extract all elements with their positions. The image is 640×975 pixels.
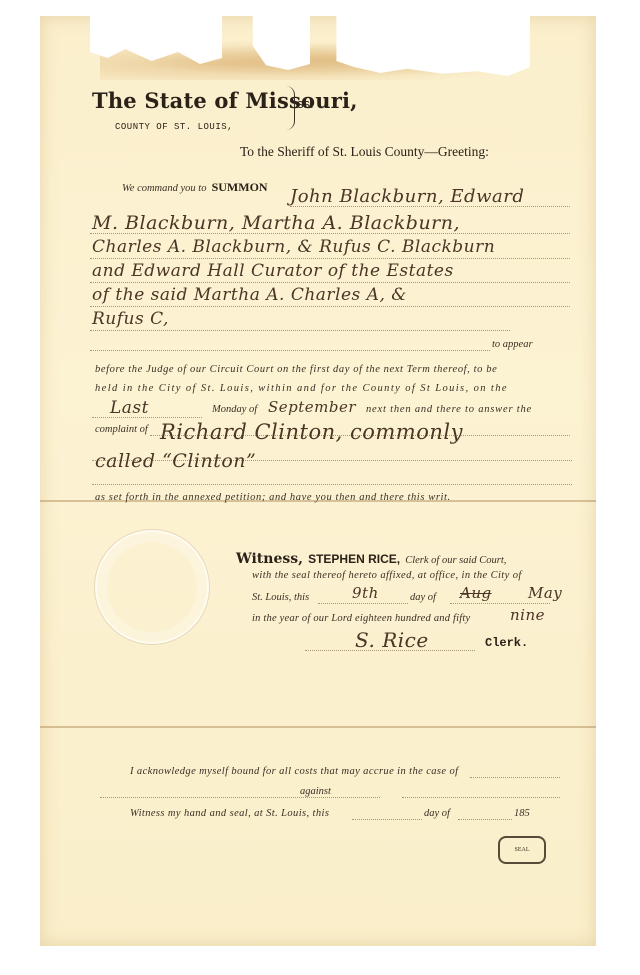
clerk-suffix: Clerk of our said Court, xyxy=(405,555,506,566)
state-title: The State of Missouri, xyxy=(92,88,358,113)
monday-suffix: next then and there to answer the xyxy=(366,404,532,415)
month-handwritten: May xyxy=(528,584,562,602)
bond-day-label: day of xyxy=(424,808,450,819)
defendant-line: Rufus C, xyxy=(92,309,169,329)
ss-label: ss. xyxy=(297,96,314,111)
witness-line-4: in the year of our Lord eighteen hundred… xyxy=(252,613,470,624)
bond-line-3-prefix: Witness my hand and seal, at St. Louis, … xyxy=(130,808,329,819)
county-label: COUNTY OF ST. LOUIS, xyxy=(115,122,233,132)
court-line-1: before the Judge of our Circuit Court on… xyxy=(95,364,497,375)
plaintiff-line: called “Clinton” xyxy=(95,450,256,472)
month-struck: Aug xyxy=(460,584,492,602)
clerk-label: Clerk. xyxy=(485,636,528,650)
dotted-line xyxy=(352,819,422,820)
summon-word: SUMMON xyxy=(212,180,268,194)
defendant-line: John Blackburn, Edward xyxy=(290,186,524,207)
command-line: We command you to SUMMON xyxy=(122,176,268,195)
dotted-line xyxy=(470,777,560,778)
defendant-line: M. Blackburn, Martha A. Blackburn, xyxy=(92,212,460,234)
dotted-line xyxy=(90,330,510,331)
dotted-line xyxy=(90,350,490,351)
dotted-line xyxy=(402,797,560,798)
witness-line: Witness, STEPHEN RICE, Clerk of our said… xyxy=(236,548,506,567)
clerk-name: STEPHEN RICE, xyxy=(308,552,400,566)
dotted-line xyxy=(92,484,572,485)
witness-line-3-prefix: St. Louis, this xyxy=(252,592,309,603)
defendant-line: Charles A. Blackburn, & Rufus C. Blackbu… xyxy=(92,237,495,257)
witness-label: Witness, xyxy=(236,551,303,567)
monday-label: Monday of xyxy=(212,404,257,415)
dotted-line xyxy=(100,797,380,798)
against-label: against xyxy=(300,786,331,797)
month-handwritten: September xyxy=(268,398,356,416)
monday-ordinal: Last xyxy=(110,398,149,418)
year-handwritten: nine xyxy=(510,606,545,624)
petition-line: as set forth in the annexed petition; an… xyxy=(95,492,451,503)
bond-line-1: I acknowledge myself bound for all costs… xyxy=(130,766,458,777)
command-prefix: We command you to xyxy=(122,183,206,194)
witness-line-2: with the seal thereof hereto affixed, at… xyxy=(252,570,522,581)
dotted-line xyxy=(318,603,408,604)
fold-line xyxy=(40,726,596,728)
defendant-line: of the said Martha A. Charles A, & xyxy=(92,285,407,305)
court-line-2: held in the City of St. Louis, within an… xyxy=(95,383,508,394)
greeting-line: To the Sheriff of St. Louis County—Greet… xyxy=(240,144,489,160)
bracket xyxy=(286,86,295,130)
defendant-line: and Edward Hall Curator of the Estates xyxy=(92,261,454,281)
dotted-line xyxy=(90,258,570,259)
bond-year: 185 xyxy=(514,808,530,819)
dotted-line xyxy=(90,306,570,307)
dotted-line xyxy=(90,282,570,283)
dotted-line xyxy=(458,819,512,820)
embossed-court-seal xyxy=(95,530,209,644)
day-handwritten: 9th xyxy=(352,584,379,602)
plaintiff-line: Richard Clinton, commonly xyxy=(160,420,463,444)
complaint-label: complaint of xyxy=(95,424,148,435)
seal-label: SEAL xyxy=(515,847,530,853)
day-label: day of xyxy=(410,592,436,603)
dotted-line xyxy=(450,603,550,604)
to-appear: to appear xyxy=(492,339,533,350)
clerk-signature: S. Rice xyxy=(355,628,429,652)
seal-box: SEAL xyxy=(498,836,546,864)
